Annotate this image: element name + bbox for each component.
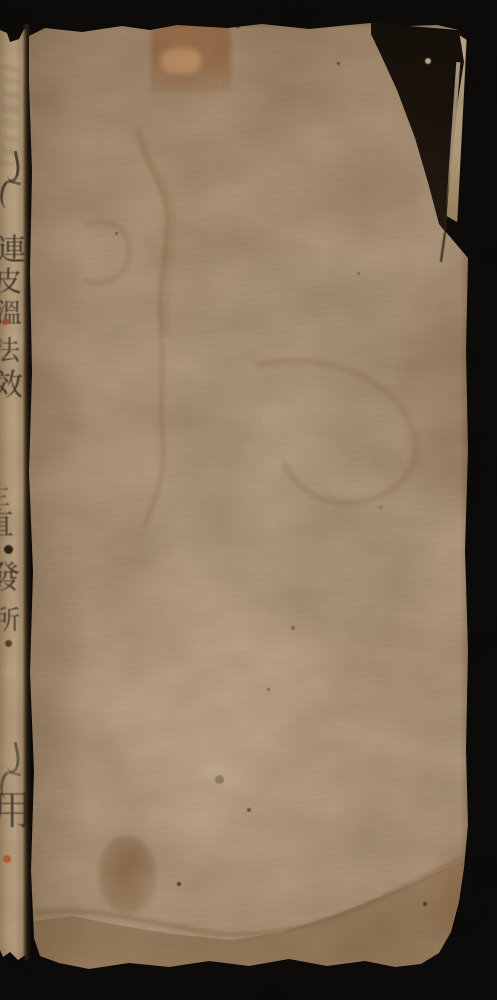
foxing-speck <box>357 272 360 275</box>
ring-stain-small <box>85 222 129 283</box>
vermilion-dot <box>2 318 9 325</box>
foxing-speck <box>215 775 224 784</box>
foxing-speck <box>115 232 118 235</box>
foxing-speck <box>267 688 270 691</box>
ink-character: 發 <box>0 561 20 593</box>
gutter-shadow <box>23 24 31 960</box>
vermilion-dot <box>3 855 11 863</box>
foxing-speck <box>425 58 431 64</box>
vermilion-dot <box>4 545 13 554</box>
sticker-residue-highlight <box>161 48 201 74</box>
foxing-speck <box>337 62 340 65</box>
foxing-speck <box>291 626 295 630</box>
foxing-speck <box>235 23 240 28</box>
ink-character: 直 <box>0 510 14 540</box>
vermilion-dot <box>5 640 12 647</box>
ink-character: 皮 <box>0 268 22 296</box>
ink-character: 所 <box>0 608 20 634</box>
ring-stain-large <box>259 361 416 503</box>
ink-character: 效 <box>0 371 23 401</box>
water-stain-lines <box>27 20 469 980</box>
foxing-speck <box>247 808 251 812</box>
ink-stroke-mark <box>0 741 21 805</box>
manuscript-scan: 連皮溫法效三直發所用 <box>0 0 497 1000</box>
drip-stain-halo <box>139 132 171 332</box>
foxing-speck <box>423 902 427 906</box>
foxing-speck <box>379 506 382 509</box>
ink-character: 法 <box>0 338 20 365</box>
page-leaf <box>27 20 469 980</box>
foxing-speck <box>177 882 181 886</box>
ink-smudge <box>2 106 19 166</box>
